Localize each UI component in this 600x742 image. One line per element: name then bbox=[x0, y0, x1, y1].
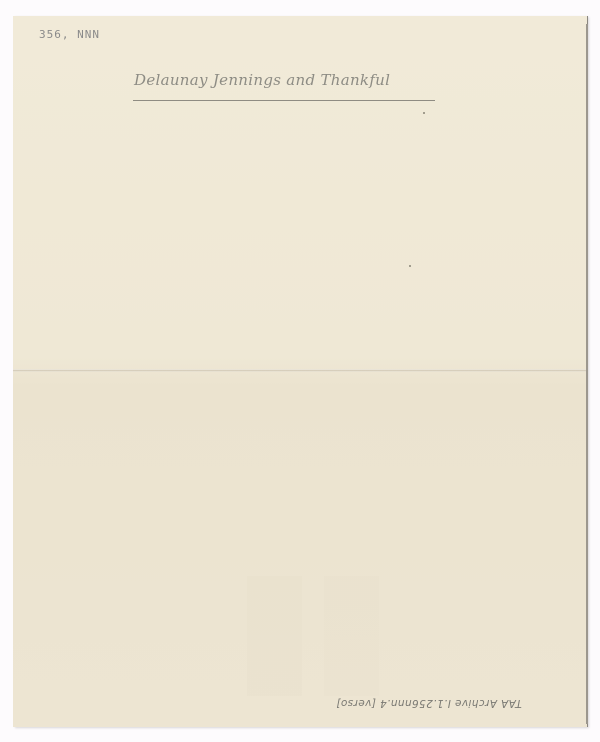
ink-mark bbox=[423, 112, 425, 114]
paper-fold-line bbox=[13, 369, 587, 372]
ink-mark bbox=[409, 265, 411, 267]
faint-show-through bbox=[203, 576, 423, 696]
archive-reference-label: TAA Archive I.1.256nnn.4 [verso] bbox=[336, 697, 522, 709]
catalog-number: 356, NNN bbox=[39, 28, 100, 41]
title-underline bbox=[133, 100, 435, 101]
handwritten-title: Delaunay Jennings and Thankful bbox=[134, 71, 390, 89]
document-sheet: 356, NNN Delaunay Jennings and Thankful bbox=[13, 16, 587, 727]
